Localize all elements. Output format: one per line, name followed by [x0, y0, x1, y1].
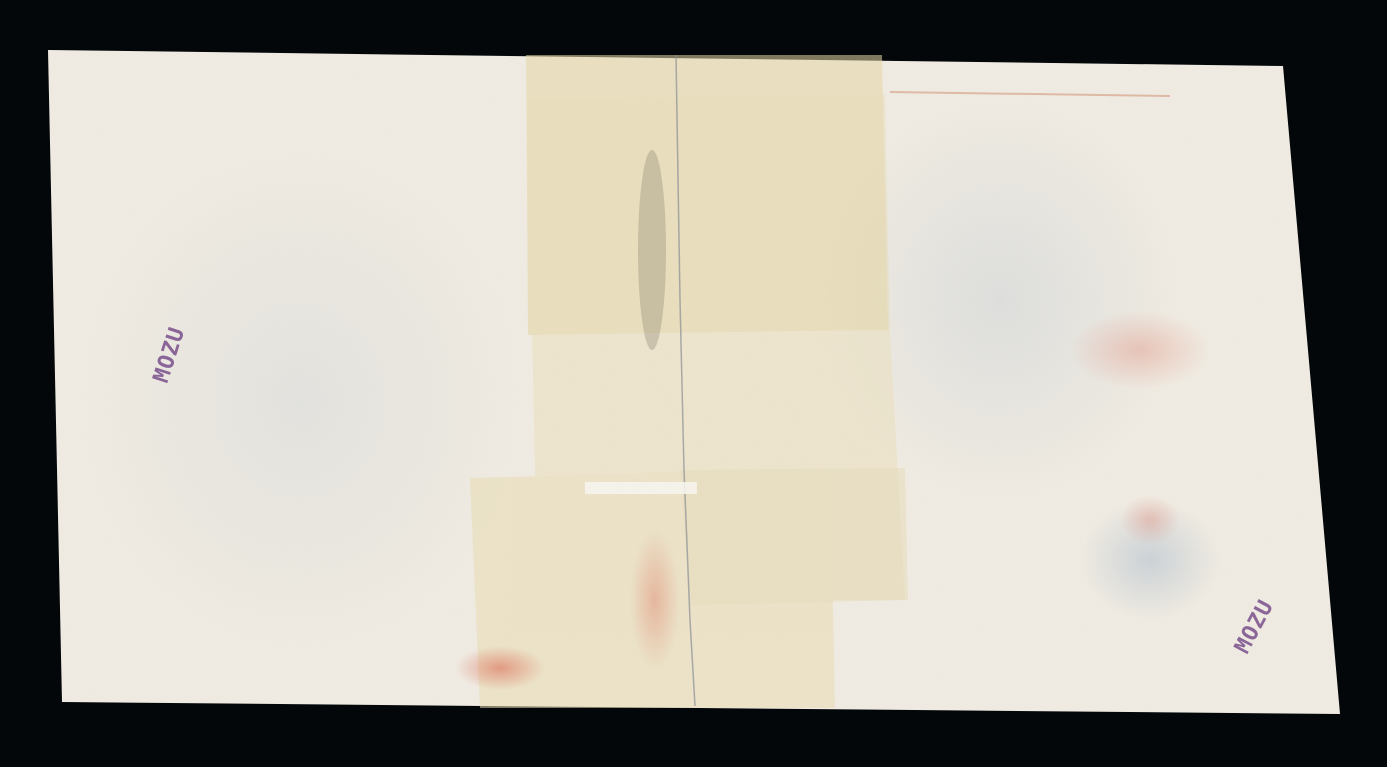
- red-cancel-showthrough: [630, 530, 680, 670]
- red-cancel-showthrough: [455, 646, 545, 690]
- stain: [638, 150, 666, 350]
- red-cancel-showthrough: [1120, 495, 1180, 545]
- red-cancel-showthrough: [1070, 310, 1210, 390]
- ink-showthrough: [80, 150, 520, 650]
- stamp-piece-photo: MOZU MOZU: [0, 0, 1387, 767]
- tape-tear: [585, 482, 697, 494]
- photo-scene: MOZU MOZU: [0, 0, 1387, 767]
